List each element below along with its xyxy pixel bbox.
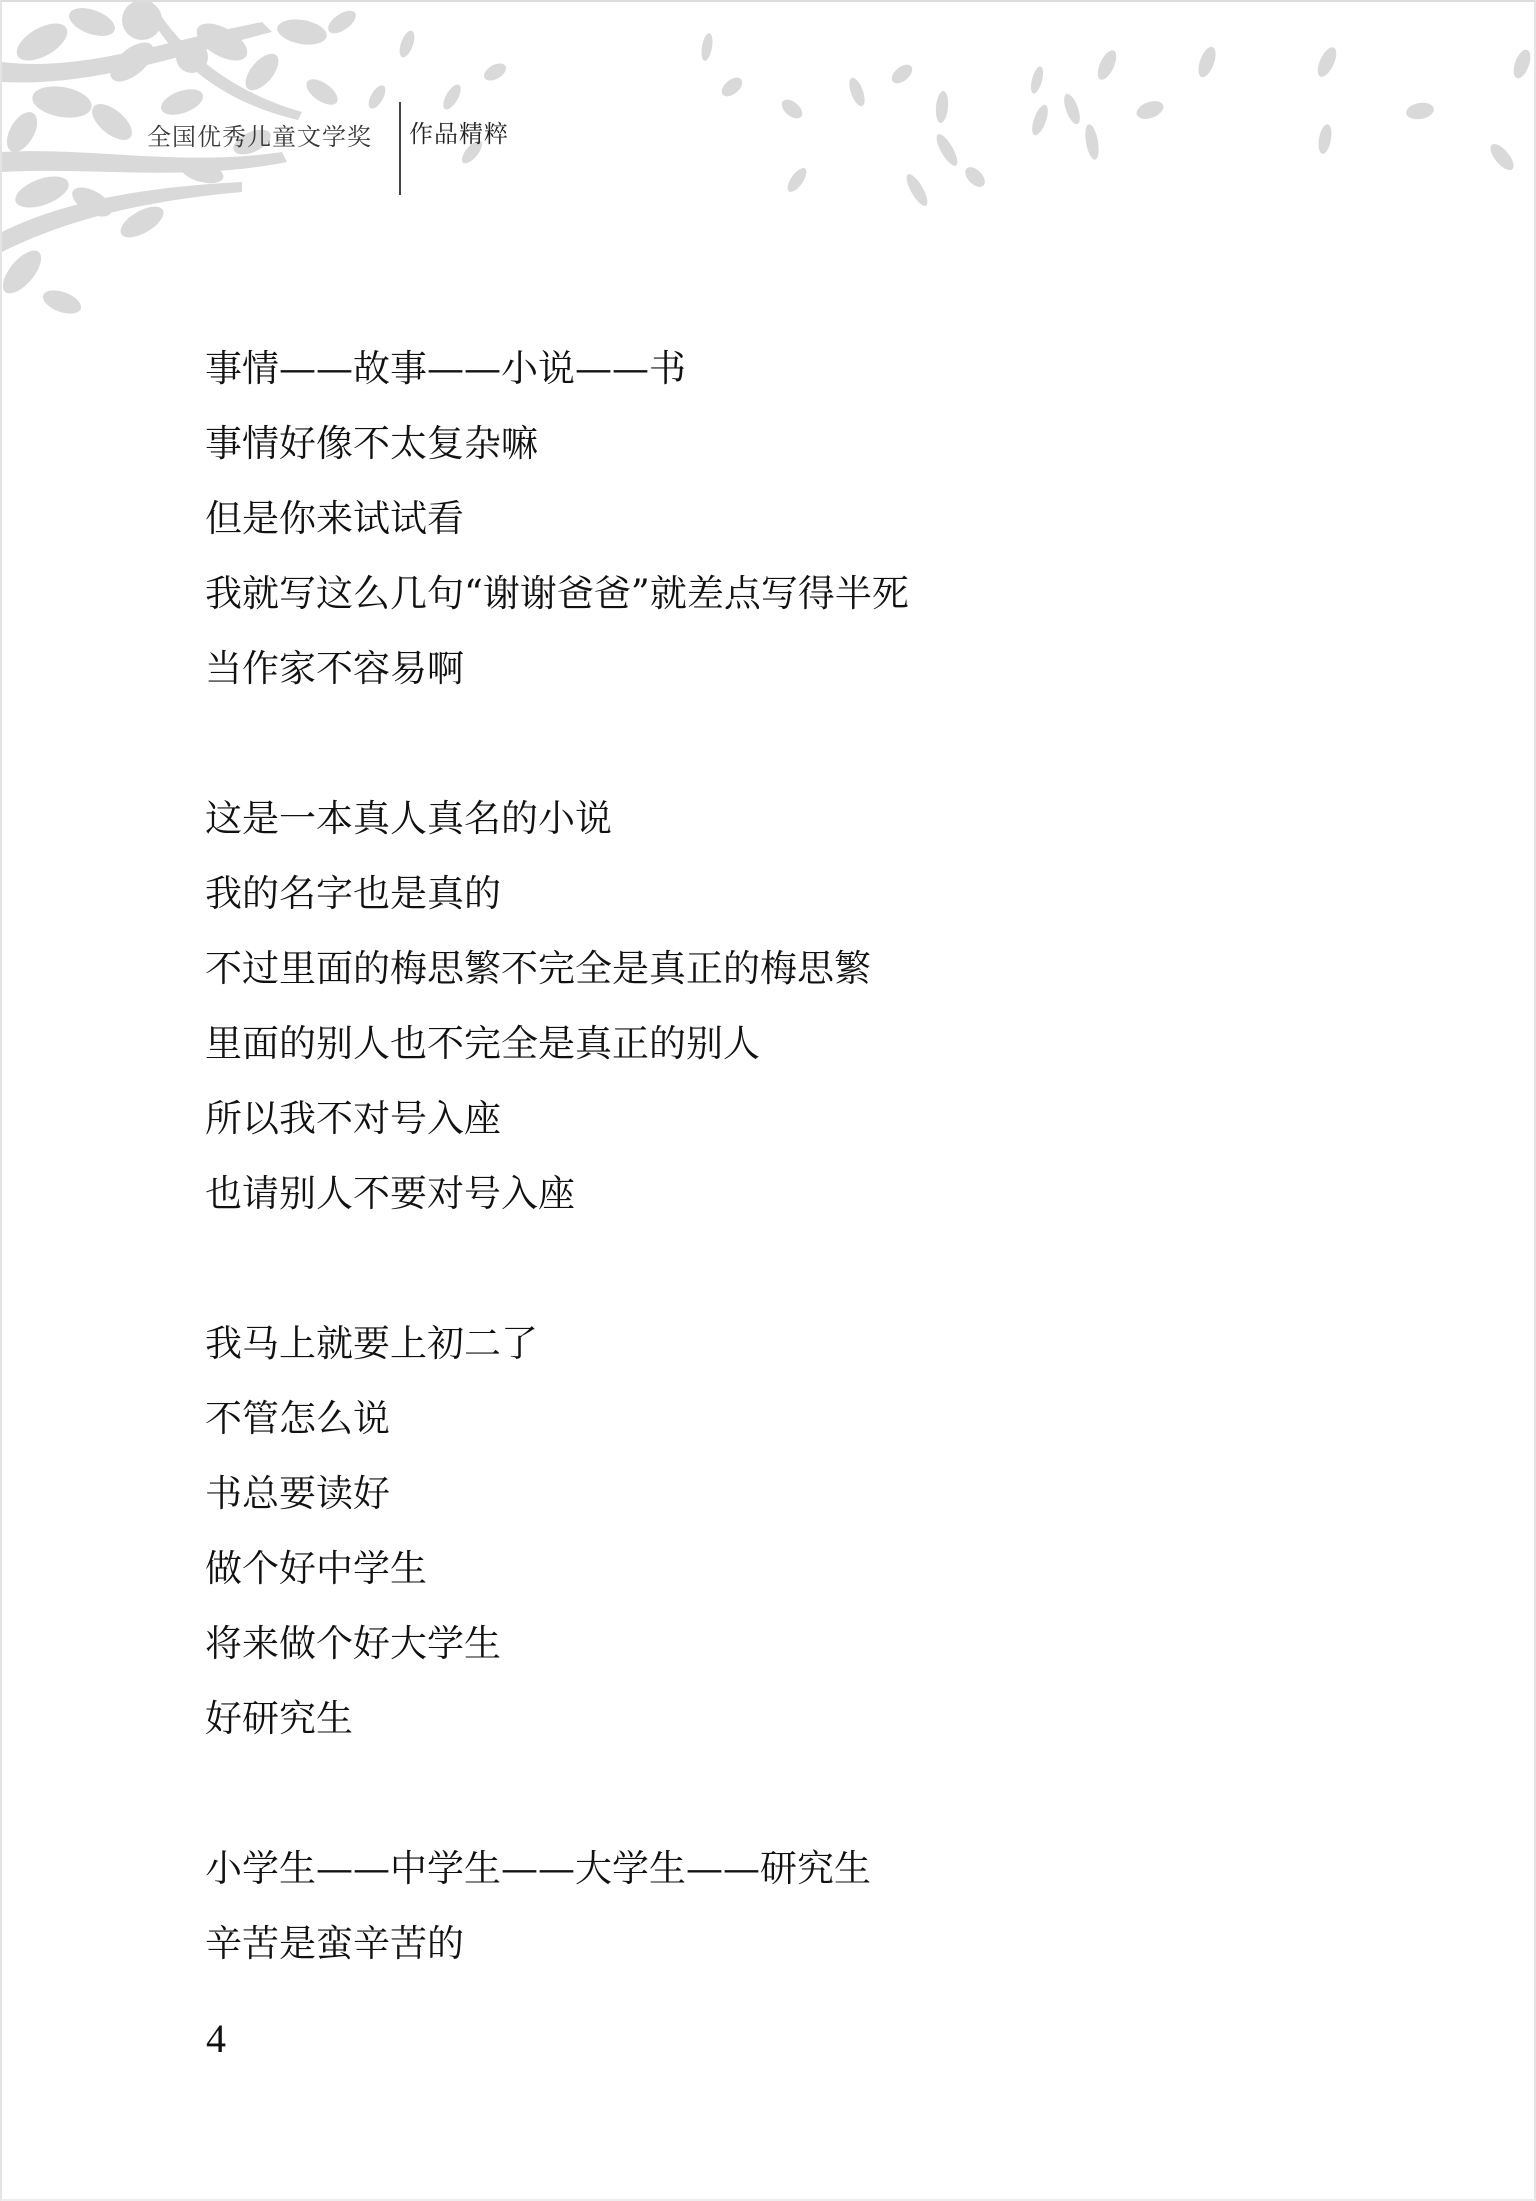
text-line: 做个好中学生 xyxy=(205,1531,1405,1606)
text-line: 不管怎么说 xyxy=(205,1381,1405,1456)
text-line: 事情好像不太复杂嘛 xyxy=(205,406,1405,481)
stanza-break xyxy=(205,1231,1405,1306)
text-line: 里面的别人也不完全是真正的别人 xyxy=(205,1006,1405,1081)
running-header: 全国优秀儿童文学奖 作品精粹 xyxy=(147,114,372,154)
text-line: 将来做个好大学生 xyxy=(205,1606,1405,1681)
text-line: 书总要读好 xyxy=(205,1456,1405,1531)
text-line: 这是一本真人真名的小说 xyxy=(205,781,1405,856)
text-line: 好研究生 xyxy=(205,1681,1405,1756)
stanza-break xyxy=(205,1756,1405,1831)
poem-body: 事情——故事——小说——书 事情好像不太复杂嘛 但是你来试试看 我就写这么几句“… xyxy=(205,331,1405,1981)
text-line: 所以我不对号入座 xyxy=(205,1081,1405,1156)
text-line: 也请别人不要对号入座 xyxy=(205,1156,1405,1231)
page-number: 4 xyxy=(206,2015,226,2063)
text-line: 当作家不容易啊 xyxy=(205,631,1405,706)
floral-branch-decoration xyxy=(2,2,1536,332)
series-title: 全国优秀儿童文学奖 xyxy=(147,117,372,152)
text-line: 但是你来试试看 xyxy=(205,481,1405,556)
text-line: 我马上就要上初二了 xyxy=(205,1306,1405,1381)
text-line: 我就写这么几句“谢谢爸爸”就差点写得半死 xyxy=(205,556,1405,631)
section-title: 作品精粹 xyxy=(409,114,509,149)
stanza-break xyxy=(205,706,1405,781)
text-line: 事情——故事——小说——书 xyxy=(205,331,1405,406)
header-divider xyxy=(399,102,401,195)
text-line: 小学生——中学生——大学生——研究生 xyxy=(205,1831,1405,1906)
text-line: 不过里面的梅思繁不完全是真正的梅思繁 xyxy=(205,931,1405,1006)
book-page: 全国优秀儿童文学奖 作品精粹 事情——故事——小说——书 事情好像不太复杂嘛 但… xyxy=(0,0,1536,2201)
text-line: 辛苦是蛮辛苦的 xyxy=(205,1906,1405,1981)
text-line: 我的名字也是真的 xyxy=(205,856,1405,931)
